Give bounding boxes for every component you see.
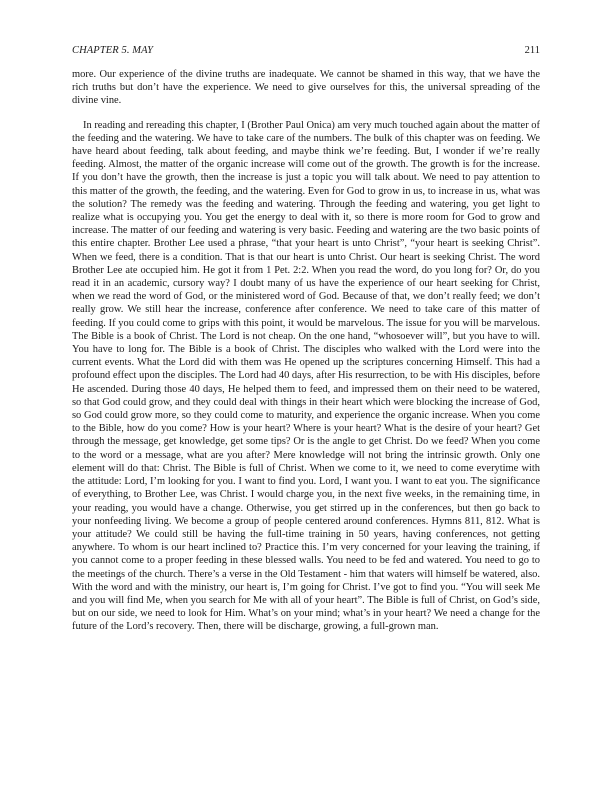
running-header: CHAPTER 5. MAY 211 [72,44,540,58]
document-page: CHAPTER 5. MAY 211 more. Our experience … [0,0,612,792]
body-text: more. Our experience of the divine truth… [72,68,540,634]
page-number: 211 [525,44,540,58]
paragraph-reflection: In reading and rereading this chapter, I… [72,119,540,634]
paragraph-continuation: more. Our experience of the divine truth… [72,68,540,108]
chapter-title: CHAPTER 5. MAY [72,44,153,58]
